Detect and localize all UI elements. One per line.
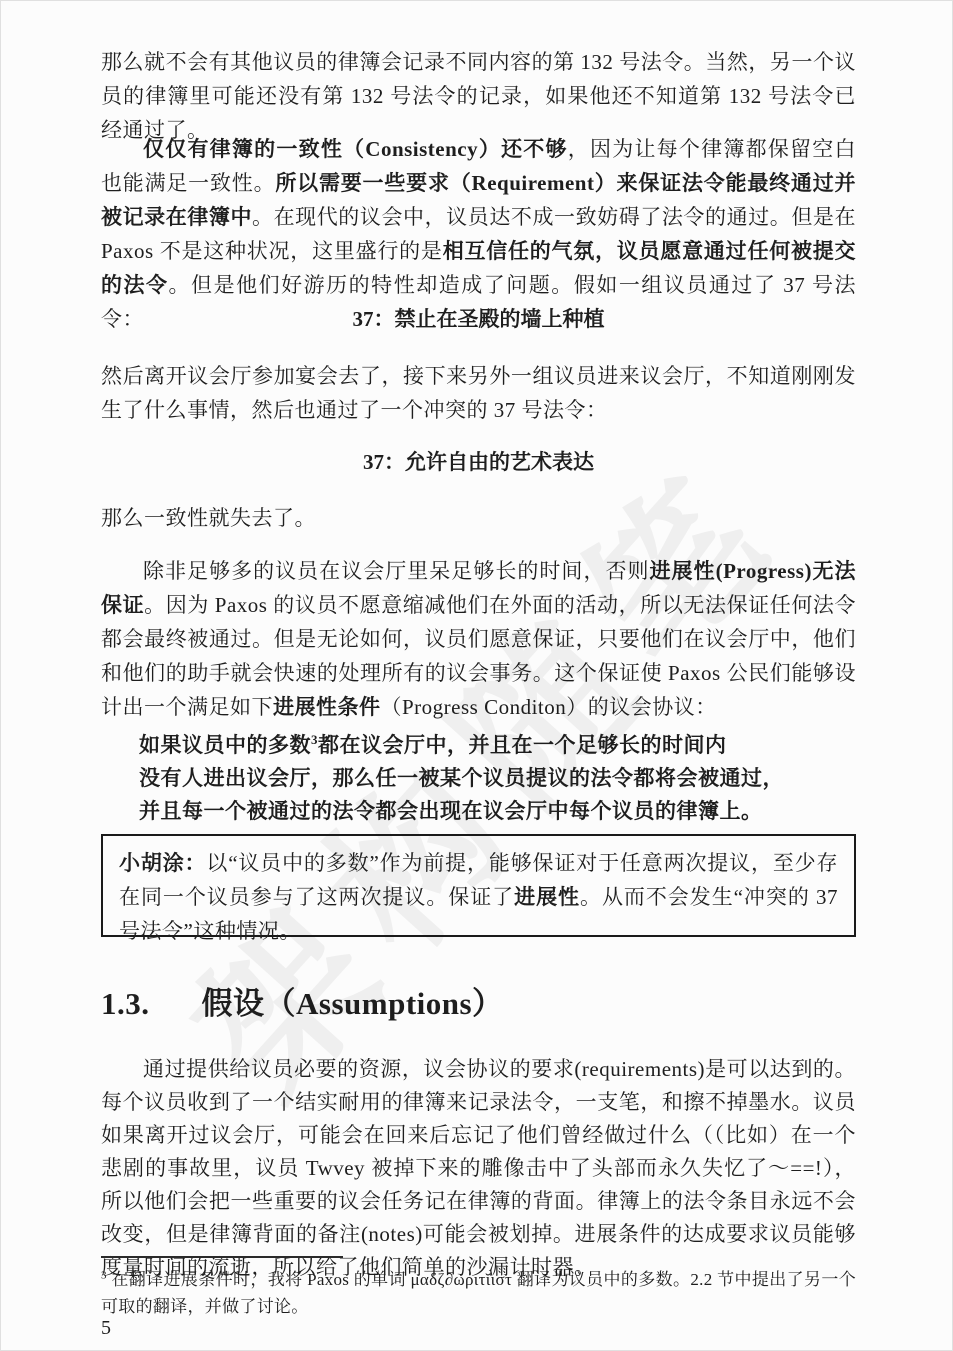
paragraph-text: 除非足够多的议员在议会厅里呆足够长的时间，否则进展性(Progress)无法保证… [101,554,856,724]
footnote-ref-3: 3 [311,732,318,747]
paragraph-progress: 除非足够多的议员在议会厅里呆足够长的时间，否则进展性(Progress)无法保证… [101,554,856,724]
footnote-text: 3 在翻译进展条件时，我将 Paxos 的单词 μαδζ∂ωριτῐιστ 翻译… [101,1266,856,1320]
paragraph-assumptions: 通过提供给议员必要的资源，议会协议的要求(requirements)是可以达到的… [101,1053,856,1284]
quote-line: 如果议员中的多数3都在议会厅中，并且在一个足够长的时间内 [139,729,839,762]
text-run-bold: 进展性条件 [273,695,381,719]
text-run: 在翻译进展条件时，我将 Paxos 的单词 μαδζ∂ωριτῐιστ 翻译为议… [101,1270,856,1316]
paragraph-banquet: 然后离开议会厅参加宴会去了，接下来另外一组议员进来议会厅，不知道刚刚发生了什么事… [101,359,856,427]
annotation-label: 小胡涂： [119,851,206,875]
paragraph-consistency-lost: 那么一致性就失去了。 [101,501,856,535]
section-number: 1.3. [101,984,150,1024]
text-run: 除非足够多的议员在议会厅里呆足够长的时间，否则 [143,559,650,583]
progress-condition-quote: 如果议员中的多数3都在议会厅中，并且在一个足够长的时间内 没有人进出议会厅，那么… [139,729,839,828]
paragraph-text: 通过提供给议员必要的资源，议会协议的要求(requirements)是可以达到的… [101,1053,856,1284]
paragraph-text: 那么一致性就失去了。 [101,501,856,535]
paragraph-text: 然后离开议会厅参加宴会去了，接下来另外一组议员进来议会厅，不知道刚刚发生了什么事… [101,359,856,427]
document-page: 架构随笔 那么就不会有其他议员的律簿会记录不同内容的第 132 号法令。当然，另… [0,0,953,1351]
decree-text: 37：禁止在圣殿的墙上种植 [101,302,856,336]
section-title: 假设（Assumptions） [202,986,504,1021]
decree-37-free-art: 37：允许自由的艺术表达 [101,445,856,479]
text-run: （Progress Conditon）的议会协议： [381,695,717,719]
footnote-separator [101,1256,343,1258]
text-run-bold: 仅仅有律簿的一致性（Consistency）还不够 [143,137,568,161]
text-run-bold: 进展性 [514,885,580,909]
section-heading-assumptions: 1.3.假设（Assumptions） [101,984,856,1024]
quote-line: 并且每一个被通过的法令都会出现在议会厅中每个议员的律簿上。 [139,795,839,828]
quote-line: 没有人进出议会厅，那么任一被某个议员提议的法令都将会被通过， [139,762,839,795]
footnote-3: 3 在翻译进展条件时，我将 Paxos 的单词 μαδζ∂ωριτῐιστ 翻译… [101,1266,856,1320]
decree-37-temple-wall: 37：禁止在圣殿的墙上种植 [101,302,856,336]
section-heading: 1.3.假设（Assumptions） [101,984,856,1024]
page-number: 5 [101,1317,856,1339]
text-run: 如果议员中的多数 [139,733,311,757]
text-run: 都在议会厅中，并且在一个足够长的时间内 [318,733,727,757]
annotation-text: 小胡涂：以“议员中的多数”作为前提，能够保证对于任意两次提议，至少存在同一个议员… [119,846,838,948]
annotation-box: 小胡涂：以“议员中的多数”作为前提，能够保证对于任意两次提议，至少存在同一个议员… [101,834,856,937]
decree-text: 37：允许自由的艺术表达 [101,445,856,479]
